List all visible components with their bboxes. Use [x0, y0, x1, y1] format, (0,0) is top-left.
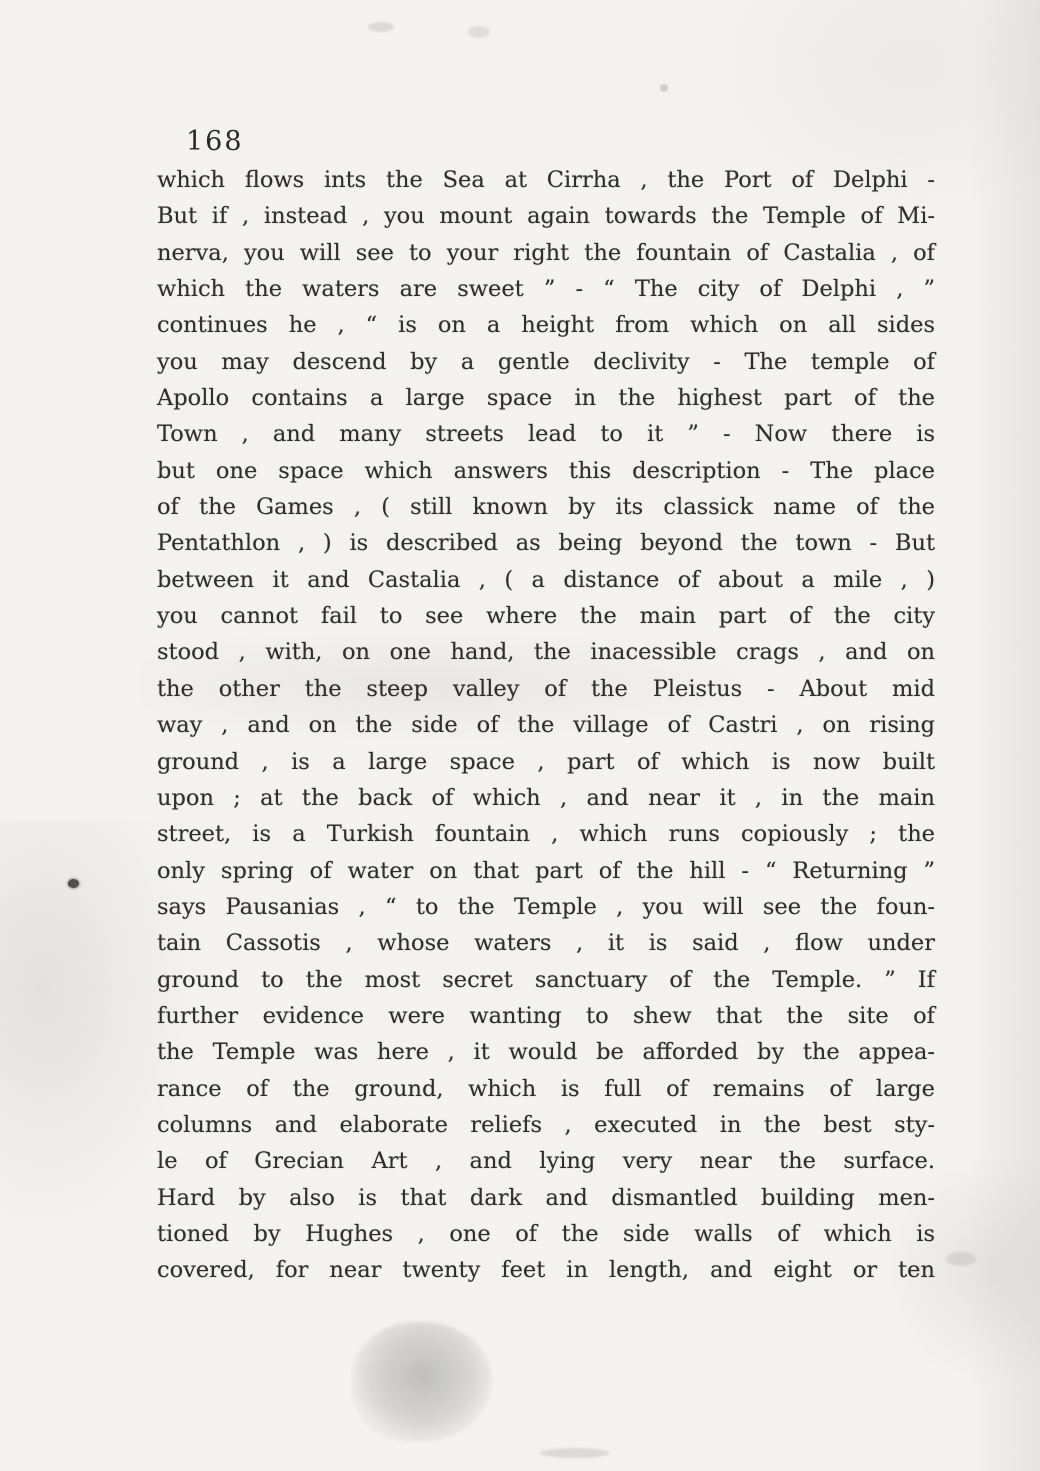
text-line: stood , with, on one hand, the inacessib… [157, 634, 935, 670]
text-line: you cannot fail to see where the main pa… [157, 598, 935, 634]
text-line: tioned by Hughes , one of the side walls… [157, 1216, 935, 1252]
text-line: columns and elaborate reliefs , executed… [157, 1107, 935, 1143]
text-line: the other the steep valley of the Pleist… [157, 671, 935, 707]
ink-speck [540, 1448, 610, 1458]
text-line: tain Cassotis , whose waters , it is sai… [157, 925, 935, 961]
text-line: ground , is a large space , part of whic… [157, 744, 935, 780]
bottom-ink-stain [352, 1322, 492, 1442]
text-line: but one space which answers this descrip… [157, 453, 935, 489]
text-line: further evidence were wanting to shew th… [157, 998, 935, 1034]
text-line: between it and Castalia , ( a distance o… [157, 562, 935, 598]
ink-speck [368, 22, 394, 32]
ink-speck [468, 26, 490, 38]
text-line: which flows ints the Sea at Cirrha , the… [157, 162, 935, 198]
text-line: street, is a Turkish fountain , which ru… [157, 816, 935, 852]
margin-ink-dot [68, 879, 79, 888]
ink-speck [946, 1252, 976, 1266]
scanned-book-page: 168 which flows ints the Sea at Cirrha ,… [0, 0, 1040, 1471]
text-line: of the Games , ( still known by its clas… [157, 489, 935, 525]
paper-shadow-right-edge [970, 0, 1040, 1471]
text-line: continues he , “ is on a height from whi… [157, 307, 935, 343]
text-line: But if , instead , you mount again towar… [157, 198, 935, 234]
text-line: Town , and many streets lead to it ” - N… [157, 416, 935, 452]
text-line: Pentathlon , ) is described as being bey… [157, 525, 935, 561]
text-line: ground to the most secret sanctuary of t… [157, 962, 935, 998]
text-line: le of Grecian Art , and lying very near … [157, 1143, 935, 1179]
text-line: says Pausanias , “ to the Temple , you w… [157, 889, 935, 925]
text-line: only spring of water on that part of the… [157, 853, 935, 889]
text-line: covered, for near twenty feet in length,… [157, 1252, 935, 1288]
ink-speck [660, 84, 668, 92]
text-line: Apollo contains a large space in the hig… [157, 380, 935, 416]
text-line: way , and on the side of the village of … [157, 707, 935, 743]
text-line: upon ; at the back of which , and near i… [157, 780, 935, 816]
page-number: 168 [186, 126, 244, 157]
text-line: nerva, you will see to your right the fo… [157, 235, 935, 271]
text-line: Hard by also is that dark and dismantled… [157, 1180, 935, 1216]
text-line: you may descend by a gentle declivity - … [157, 344, 935, 380]
text-line: the Temple was here , it would be afford… [157, 1034, 935, 1070]
text-line: which the waters are sweet ” - “ The cit… [157, 271, 935, 307]
body-text: which flows ints the Sea at Cirrha , the… [157, 162, 935, 1289]
text-line: rance of the ground, which is full of re… [157, 1071, 935, 1107]
